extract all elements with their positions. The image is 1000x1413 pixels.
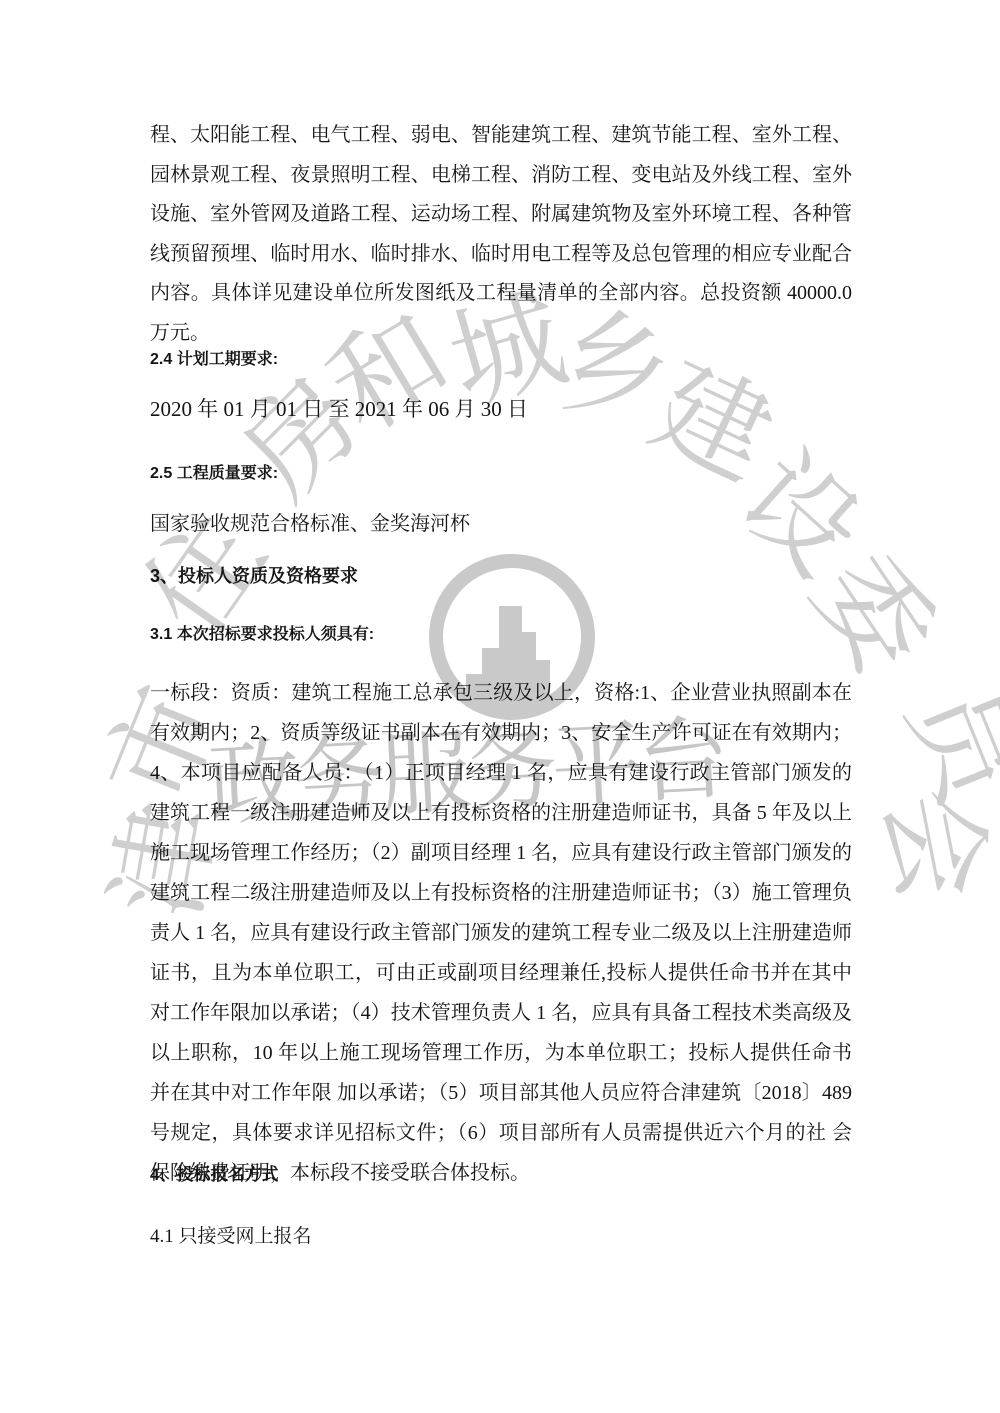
heading-section-2-4: 2.4 计划工期要求: <box>150 350 852 369</box>
document-page: 津 市 住 房 和 城 乡 建 设 委 员 会 政务服务平台 程、太阳能工程、电… <box>0 0 1000 1413</box>
heading-section-3-1: 3.1 本次招标要求投标人须具有: <box>150 625 852 644</box>
heading-section-3: 3、投标人资质及资格要求 <box>150 566 852 588</box>
quality-requirement-text: 国家验收规范合格标准、金奖海河杯 <box>150 511 852 537</box>
heading-section-2-5: 2.5 工程质量要求: <box>150 464 852 483</box>
construction-period-text: 2020 年 01 月 01 日 至 2021 年 06 月 30 日 <box>150 396 852 423</box>
section-4-1-text: 4.1 只接受网上报名 <box>150 1225 852 1250</box>
document-content: 程、太阳能工程、电气工程、弱电、智能建筑工程、建筑节能工程、室外工程、园林景观工… <box>0 0 1000 1413</box>
heading-section-4: 4、投标报名方式 <box>150 1165 852 1185</box>
paragraph-project-scope: 程、太阳能工程、电气工程、弱电、智能建筑工程、建筑节能工程、室外工程、园林景观工… <box>150 116 852 353</box>
paragraph-qualification-requirements: 一标段：资质：建筑工程施工总承包三级及以上，资格:1、企业营业执照副本在有效期内… <box>150 673 852 1193</box>
